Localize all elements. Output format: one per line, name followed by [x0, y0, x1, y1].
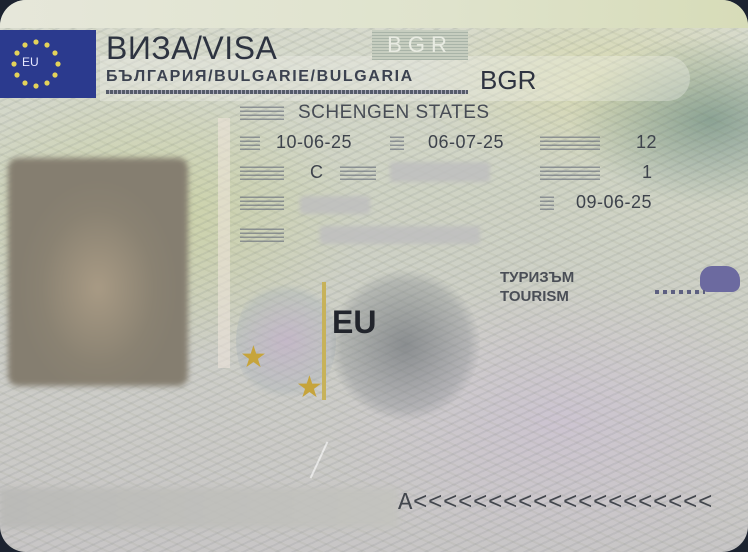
- remarks-bg: ТУРИЗЪМ: [500, 268, 574, 287]
- eu-flag-label: EU: [22, 55, 39, 69]
- microprint-line: [106, 90, 468, 94]
- hologram-eu-text: EU: [332, 305, 376, 339]
- visa-title: ВИЗА/VISA: [106, 30, 277, 67]
- eu-flag-icon: EU: [0, 30, 96, 98]
- label-duration: [540, 136, 600, 150]
- label-passport: [340, 166, 376, 180]
- remarks: ТУРИЗЪМ TOURISM: [500, 268, 574, 306]
- holder-photo-blurred: [8, 158, 188, 386]
- dots-decoration: [655, 290, 705, 294]
- issued-by-redacted: [300, 196, 370, 214]
- entries-value: 1: [642, 162, 653, 183]
- label-from: [240, 136, 260, 150]
- vertical-strip: [218, 118, 230, 368]
- hologram-blob: [330, 270, 480, 420]
- issued-on-value: 09-06-25: [576, 192, 652, 213]
- visa-sticker: EU ВИЗА/VISA BGR БЪЛГАРИЯ/BULGARIE/BULGA…: [0, 0, 748, 552]
- mrz-line: A<<<<<<<<<<<<<<<<<<<<: [398, 490, 713, 517]
- label-issued-by: [240, 196, 284, 210]
- issuing-country: БЪЛГАРИЯ/BULGARIE/BULGARIA: [106, 68, 414, 86]
- label-name: [240, 228, 284, 242]
- star-icon: ★: [240, 340, 267, 375]
- label-until: [390, 136, 404, 150]
- mrz-redacted: [0, 488, 398, 528]
- valid-from-value: 10-06-25: [276, 132, 352, 153]
- country-code: BGR: [480, 65, 536, 96]
- label-valid-for: [240, 106, 284, 120]
- label-issued-on: [540, 196, 554, 210]
- remarks-en: TOURISM: [500, 287, 574, 306]
- duration-value: 12: [636, 132, 657, 153]
- country-stamp: BGR: [372, 30, 468, 60]
- valid-for-value: SCHENGEN STATES: [298, 102, 490, 124]
- visa-type-value: C: [310, 162, 324, 183]
- label-entries: [540, 166, 600, 180]
- top-band: [0, 0, 748, 28]
- label-type: [240, 166, 284, 180]
- valid-until-value: 06-07-25: [428, 132, 504, 153]
- passport-number-redacted: [390, 162, 490, 182]
- star-icon: ★: [296, 370, 323, 405]
- holder-name-redacted: [320, 226, 480, 244]
- emblem-icon: [700, 266, 740, 292]
